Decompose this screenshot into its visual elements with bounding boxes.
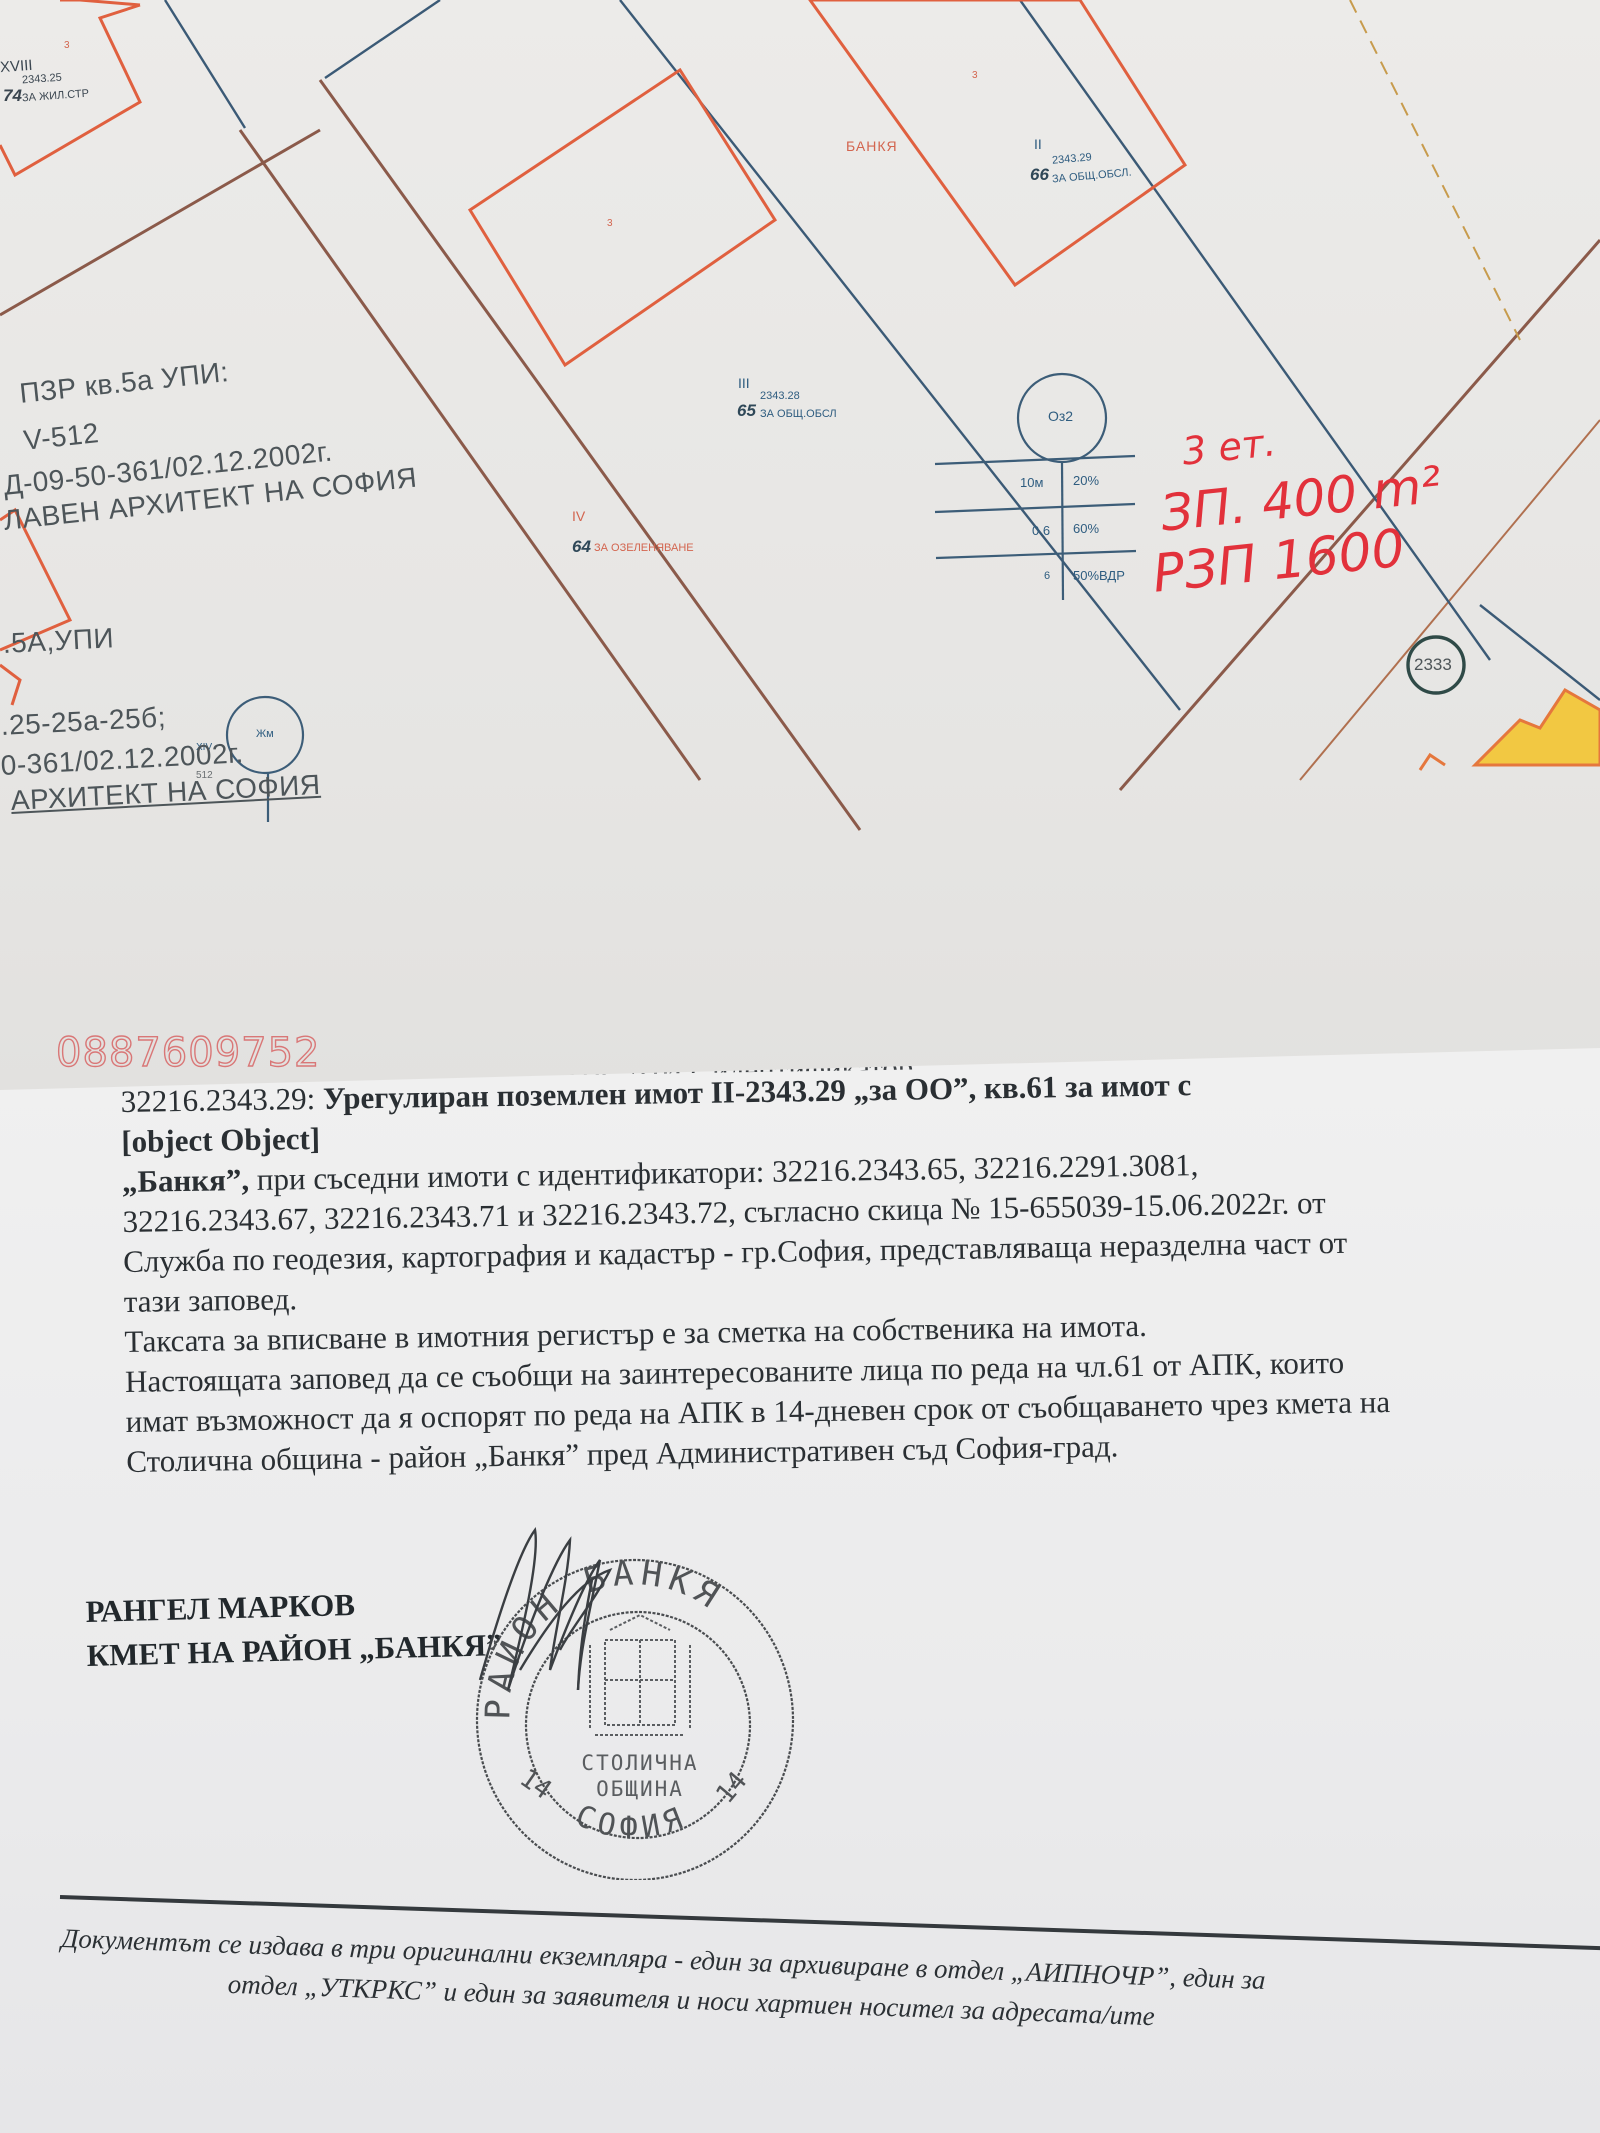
- plot-iii-number: 65: [737, 401, 756, 421]
- zone-row-1-left: 10м: [1020, 475, 1043, 490]
- cadastral-map-sheet: XVIII 3 2343.25 74 ЗА ЖИЛ.СТР 3 3 БАНКЯ …: [0, 0, 1600, 1090]
- district-name: „Банкя”,: [122, 1162, 250, 1199]
- plot-iii-id: 2343.28: [760, 390, 800, 402]
- plot-ii-floors: 3: [972, 70, 978, 81]
- building-floors: 3: [607, 218, 613, 229]
- stamp-bottom-text: СОФИЯ: [570, 1798, 692, 1845]
- plot-iii-purpose: ЗА ОБЩ.ОБСЛ: [760, 408, 837, 420]
- stamp-inner-line2: ОБЩИНА: [596, 1777, 684, 1801]
- legend-line: .5А,УПИ: [2, 622, 115, 660]
- municipal-stamp: РАЙОН БАНКЯ СОФИЯ 14 14 СТОЛИЧНА ОБЩИНА: [460, 1520, 800, 1880]
- property-id: 32216.2343.29:: [120, 1081, 315, 1119]
- zone-row-1-right: 20%: [1073, 473, 1099, 488]
- plot-ii-roman: II: [1034, 136, 1042, 152]
- plot-xviii-number: 74: [3, 86, 22, 106]
- plot-xviii-floors: 3: [64, 40, 70, 51]
- zone-row-3-right: 50%ВДР: [1073, 568, 1125, 583]
- watermark-phone-number: 0887609752: [56, 1030, 321, 1076]
- svg-text:СОФИЯ: СОФИЯ: [570, 1798, 692, 1845]
- stamp-right-number: 14: [710, 1766, 753, 1809]
- zone-row-2-left: 0.6: [1032, 523, 1050, 538]
- zone-circle-label: Оз2: [1048, 408, 1073, 424]
- plot-iv-number: 64: [572, 537, 591, 557]
- plot-iv-purpose: ЗА ОЗЕЛЕНЯВАНЕ: [594, 542, 694, 554]
- signature-block: РАНГЕЛ МАРКОВ КМЕТ НА РАЙОН „БАНКЯ”: [85, 1579, 502, 1678]
- plot-iv-roman: IV: [572, 508, 585, 524]
- small-zone-circle-label: Жм: [256, 728, 274, 740]
- plot-ii-number: 66: [1030, 165, 1049, 185]
- zone-row-3-left: 6: [1044, 570, 1050, 582]
- plot-iii-roman: III: [738, 375, 750, 391]
- block-circle-label: 2333: [1414, 655, 1452, 675]
- stamp-inner-line1: СТОЛИЧНА: [581, 1751, 698, 1775]
- coat-of-arms-icon: [590, 1615, 690, 1735]
- order-text: ..., отд за стар имот № 048029 по КВС /П…: [120, 1037, 1576, 1482]
- zone-row-2-right: 60%: [1073, 521, 1099, 536]
- stamp-left-number: 14: [514, 1763, 557, 1806]
- district-label: БАНКЯ: [846, 138, 898, 154]
